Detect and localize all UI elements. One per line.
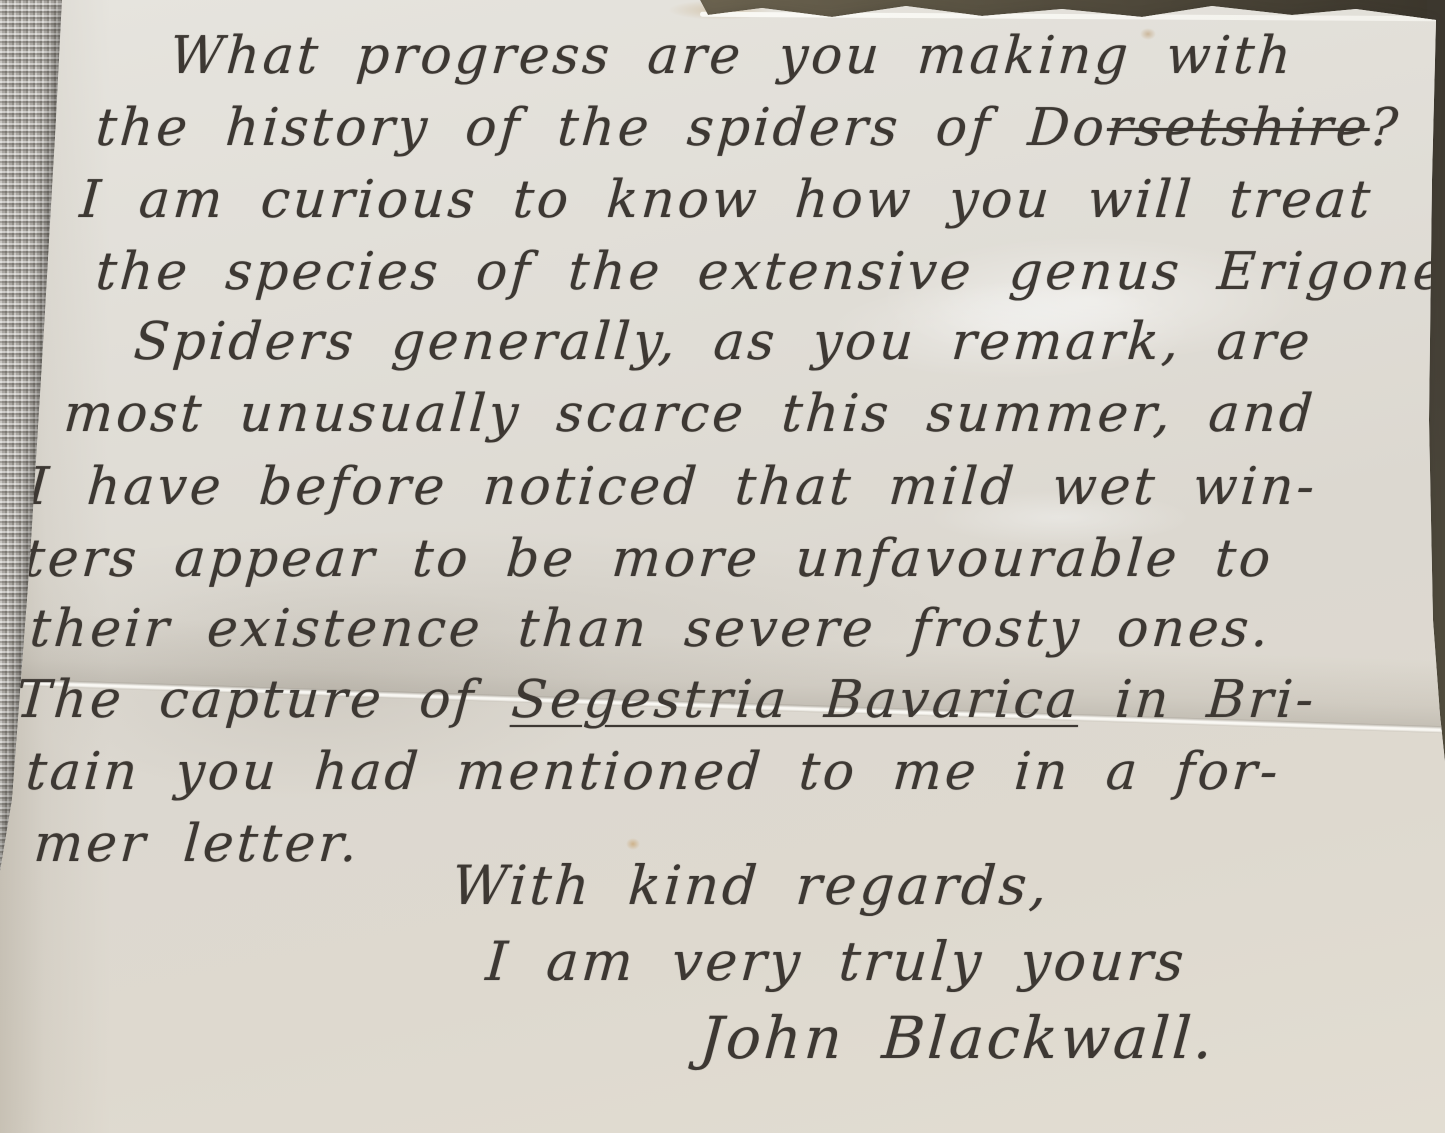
underlined-species-name: Segestria Bavarica <box>509 670 1081 730</box>
letter-line-5: Spiders generally, as you remark, are <box>132 312 1315 372</box>
letter-paper: What progress are you making with the hi… <box>0 0 1445 1133</box>
signature-line: John Blackwall. <box>698 1004 1218 1072</box>
letter-line-8: ters appear to be more unfavourable to <box>22 529 1275 589</box>
line-2-seg-1: the history of the spiders of Do <box>94 98 1109 158</box>
letter-line-6: most unusually scarce this summer, and <box>62 384 1318 444</box>
letter-line-10: The capture of Segestria Bavarica in Bri… <box>14 670 1318 730</box>
letter-line-4: the species of the extensive genus Erigo… <box>94 242 1445 302</box>
line-10-seg-1: The capture of <box>14 670 514 730</box>
closing-valediction: I am very truly yours <box>484 930 1189 993</box>
letter-line-11: tain you had mentioned to me in a for- <box>24 742 1283 802</box>
closing-regards: With kind regards, <box>450 854 1052 917</box>
letter-line-9: their existence than severe frosty ones. <box>28 599 1273 659</box>
overwritten-word: rsetshire <box>1105 98 1372 158</box>
line-10-seg-3: in Bri- <box>1078 670 1319 730</box>
letter-line-7: I have before noticed that mild wet win- <box>26 457 1319 517</box>
letter-line-2: the history of the spiders of Dorsetshir… <box>94 98 1403 158</box>
letter-line-1: What progress are you making with <box>168 26 1296 86</box>
paper-stain <box>626 838 640 850</box>
letter-line-3: I am curious to know how you will treat <box>78 170 1375 230</box>
line-2-seg-3: ? <box>1368 98 1403 158</box>
torn-paper-edge <box>700 12 1438 22</box>
letter-photograph: What progress are you making with the hi… <box>0 0 1445 1133</box>
letter-line-12: mer letter. <box>32 814 362 874</box>
